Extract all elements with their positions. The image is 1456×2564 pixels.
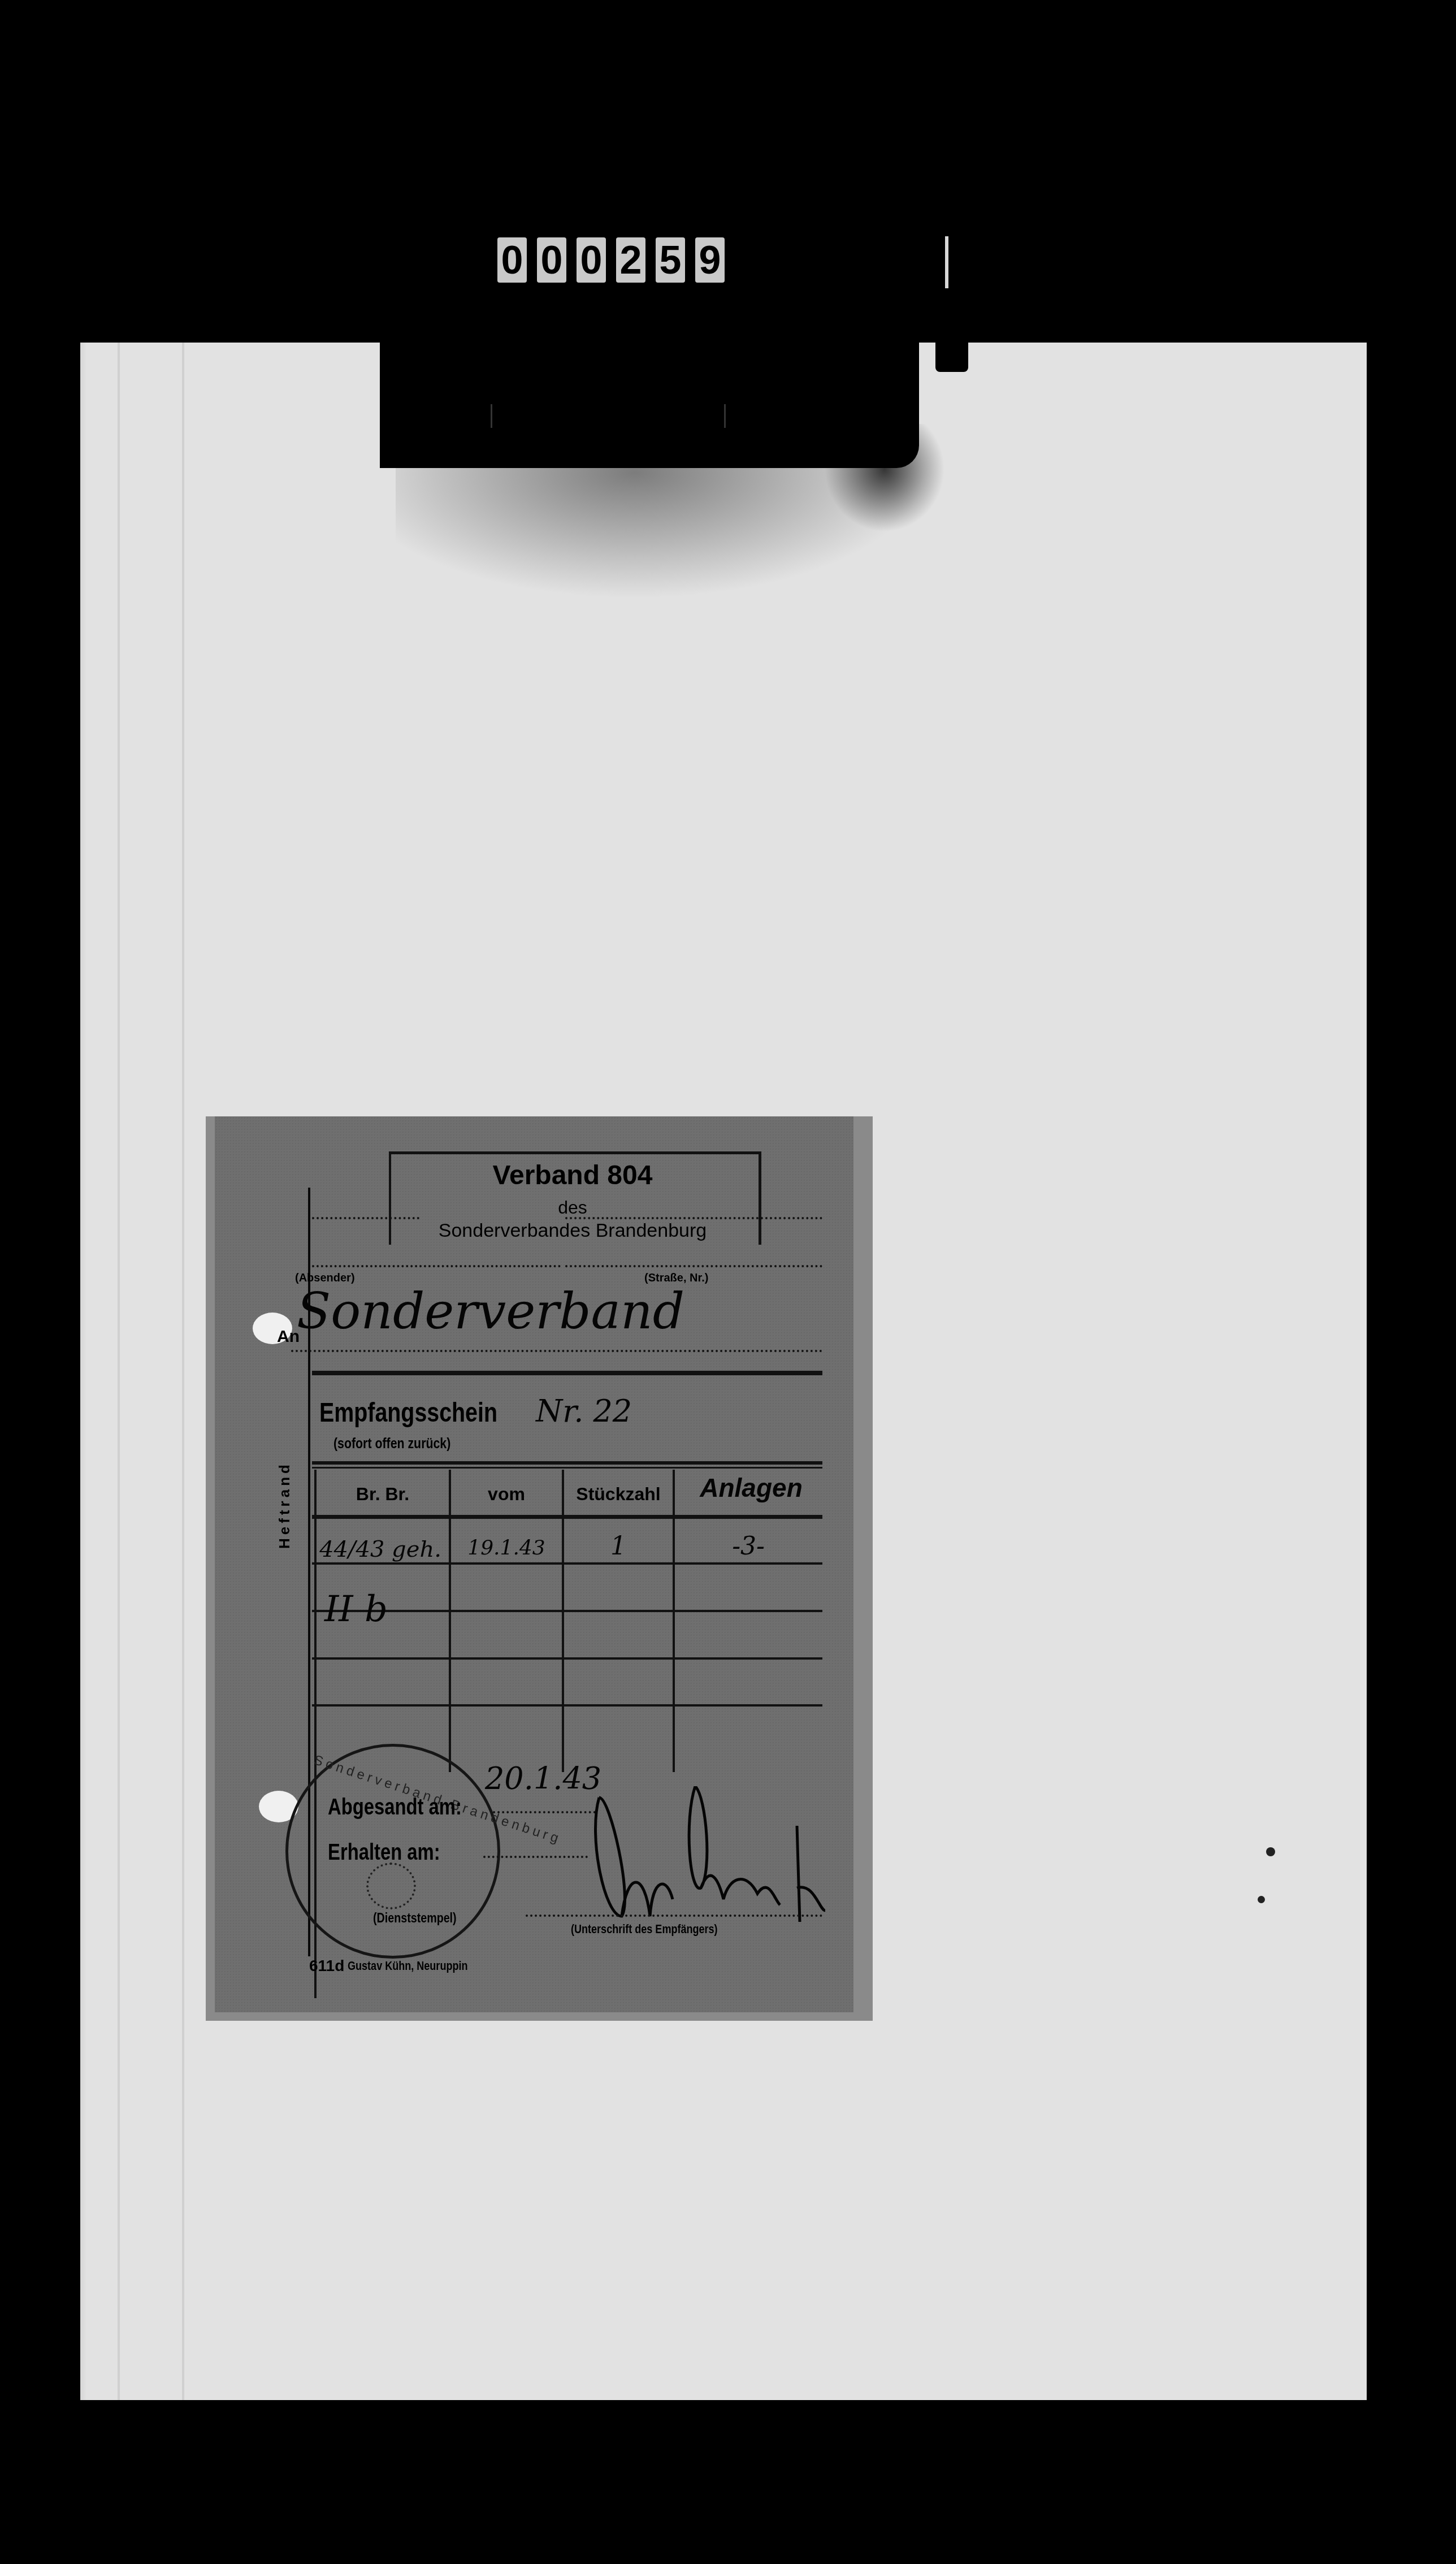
to-label: An: [277, 1327, 300, 1346]
table-row-rule: [312, 1657, 822, 1660]
table-cell: 44/43 geh.: [310, 1536, 451, 1562]
form-title: Empfangsschein: [319, 1397, 497, 1428]
frame-counter-digit: 9: [695, 237, 725, 283]
file-tab-label: [491, 404, 726, 428]
receipt-number-handwritten: Nr. 22: [536, 1393, 632, 1429]
unit-subtitle-des: des: [389, 1197, 756, 1218]
table-top-rule: [312, 1467, 822, 1469]
column-header-anlagen: Anlagen: [675, 1472, 827, 1503]
recipient-dotted-line: [291, 1350, 822, 1352]
stamp-label: (Dienststempel): [373, 1911, 457, 1926]
sent-date-handwritten: 20.1.43: [485, 1761, 601, 1796]
sent-dotted-line: [493, 1811, 596, 1813]
table-top-rule: [312, 1461, 822, 1465]
printer-name: Gustav Kühn, Neuruppin: [348, 1959, 467, 1973]
column-header-vom: vom: [451, 1484, 562, 1505]
table-col-line: [562, 1470, 564, 1772]
street-dotted-line: [565, 1265, 822, 1267]
dot-mark: [1266, 1847, 1275, 1856]
table-cell: -3-: [675, 1532, 822, 1561]
frame-counter: 0 0 0 2 5 9: [497, 237, 725, 283]
table-col-line: [673, 1470, 675, 1772]
dot-mark: [1258, 1896, 1265, 1903]
unit-title: Verband 804: [389, 1160, 756, 1191]
table-cell: II b: [317, 1588, 396, 1630]
sent-label: Abgesandt am:: [328, 1795, 462, 1820]
divider: [312, 1371, 822, 1375]
frame-counter-digit: 0: [497, 237, 527, 283]
column-header-brbr: Br. Br.: [317, 1484, 449, 1505]
frame-counter-digit: 2: [616, 237, 645, 283]
paper-fold-line: [182, 343, 184, 2400]
signature-dotted-line: [526, 1915, 822, 1917]
frame-counter-digit: 0: [537, 237, 566, 283]
sender-dotted-line: [312, 1265, 561, 1267]
stamp-emblem: [366, 1863, 416, 1909]
film-tick-mark: [945, 236, 948, 288]
received-label: Erhalten am:: [328, 1840, 440, 1865]
table-row-rule: [312, 1562, 822, 1565]
table-cell: 1: [564, 1532, 673, 1561]
sender-dotted-line: [312, 1217, 419, 1219]
frame-counter-digit: 5: [656, 237, 685, 283]
table-row-rule: [312, 1704, 822, 1707]
received-dotted-line: [483, 1856, 588, 1858]
table-header-rule: [312, 1515, 822, 1519]
margin-label: Heftrand: [276, 1461, 293, 1549]
form-title-note: (sofort offen zurück): [333, 1435, 450, 1452]
signature: [588, 1786, 837, 1922]
frame-counter-digit: 0: [577, 237, 606, 283]
sender-dotted-line: [565, 1217, 822, 1219]
table-col-line: [449, 1470, 451, 1772]
column-header-stueckzahl: Stückzahl: [564, 1484, 673, 1505]
paper-notch: [935, 339, 968, 372]
unit-subtitle: Sonderverbandes Brandenburg: [389, 1220, 756, 1242]
paper-fold-line: [118, 343, 120, 2400]
file-tab: [380, 339, 919, 468]
recipient-handwritten: Sonderverband: [297, 1282, 684, 1340]
form-number: 611d: [309, 1957, 344, 1975]
table-cell: 19.1.43: [451, 1536, 562, 1560]
signature-label: (Unterschrift des Empfängers): [571, 1922, 718, 1937]
